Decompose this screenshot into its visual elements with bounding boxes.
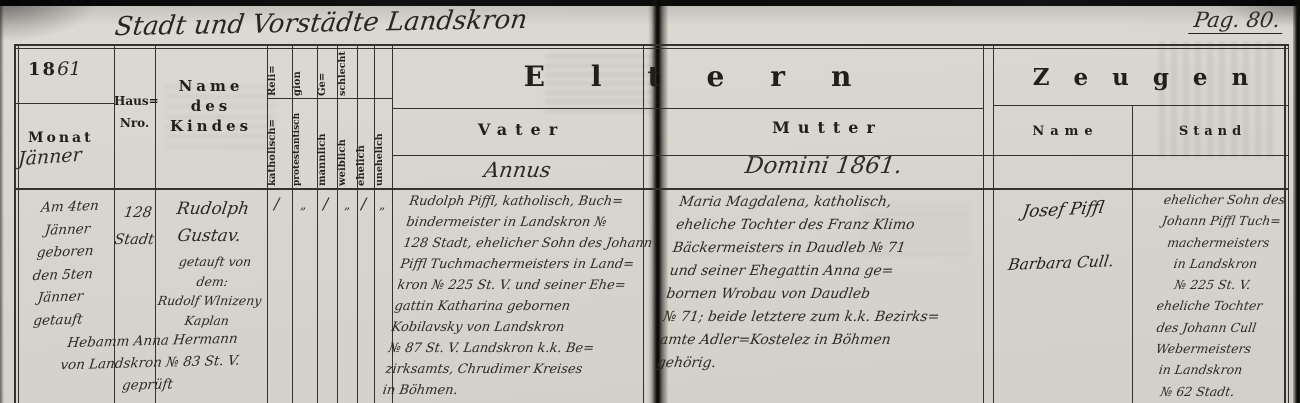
column-rule-sex bbox=[337, 44, 338, 403]
page-title: Stadt und Vorstädte Landskron bbox=[113, 4, 587, 42]
column-rule-strip bbox=[993, 44, 994, 403]
sex-col-maennlich-label: männlich bbox=[318, 100, 336, 186]
parish-register-scan: Stadt und Vorstädte Landskron Pag. 80. 1… bbox=[0, 0, 1300, 403]
religion-col-protestantisch-label: protestantisch bbox=[293, 100, 316, 186]
table-left-rule bbox=[14, 44, 16, 403]
entry-child-name: Rudolph Gustav. bbox=[146, 196, 276, 250]
tick-weiblich: „ bbox=[344, 198, 350, 212]
scan-edge-left bbox=[0, 0, 4, 403]
table-top-rule-inner bbox=[14, 48, 1288, 49]
house-number-label: Haus= Nro. bbox=[114, 90, 155, 134]
month-label: Monat bbox=[28, 130, 94, 146]
page-number: Pag. 80. bbox=[1188, 8, 1286, 34]
year-printed: 18 bbox=[28, 59, 57, 80]
legitimacy-col-ehelich-label: ehelich bbox=[357, 100, 373, 186]
tick-ehelich: / bbox=[361, 194, 366, 213]
column-rule-sex-legit bbox=[357, 44, 358, 403]
entry-witness-stand-text: ehelicher Sohn des Johann Piffl Tuch= ma… bbox=[1121, 189, 1300, 402]
sex-col-weiblich-label: weiblich bbox=[338, 100, 356, 186]
witness-name-label: Name bbox=[993, 124, 1132, 139]
religion-group-label-part1: Reli= bbox=[268, 50, 291, 96]
month-handwritten: Jänner bbox=[18, 144, 82, 171]
entry-father-text: Rudolph Piffl, katholisch, Buch= binderm… bbox=[381, 191, 667, 401]
column-rule-legit bbox=[374, 44, 375, 403]
entry-witness-name-2: Barbara Cull. bbox=[993, 252, 1129, 275]
parents-header-rule bbox=[392, 108, 983, 109]
child-name-label-text: Name des Kindes bbox=[170, 76, 252, 136]
father-label: Vater bbox=[392, 120, 643, 139]
table-top-rule bbox=[14, 44, 1288, 46]
witness-stand-label: Stand bbox=[1132, 124, 1288, 139]
tick-maennlich: / bbox=[323, 194, 328, 213]
record-top-rule bbox=[14, 188, 1288, 190]
annus-script: Annus bbox=[390, 158, 644, 182]
entry-midwife-note: Hebamm Anna Hermann von Landskron № 83 S… bbox=[12, 326, 287, 399]
bleed-through-smudge bbox=[1160, 42, 1280, 157]
child-name-label-line1: Name des Kindes bbox=[155, 76, 267, 136]
sex-group-label-part2: schlecht bbox=[338, 50, 356, 96]
entry-witness-name-1: Josef Piffl bbox=[996, 197, 1129, 224]
domini-script: Domini 1861. bbox=[662, 153, 985, 179]
witnesses-header-rule bbox=[993, 105, 1288, 106]
year-cell-rule bbox=[14, 103, 114, 104]
legitimacy-col-unehelich-label: unehelich bbox=[375, 100, 391, 186]
child-name-label: Name des Kindes bbox=[155, 76, 267, 136]
religion-group-label-part2: gion bbox=[293, 50, 316, 96]
mother-label: Mutter bbox=[664, 118, 983, 137]
parents-section-label: Eltern bbox=[392, 60, 983, 93]
year-cell: 1861 bbox=[28, 58, 81, 80]
entry-date-note: Am 4ten Jänner geboren den 5ten Jänner g… bbox=[9, 194, 119, 333]
year-handwritten: 61 bbox=[57, 58, 81, 80]
sex-group-label-part1: Ge= bbox=[318, 50, 336, 96]
tick-unehelich: „ bbox=[379, 198, 385, 212]
entry-mother-text: Maria Magdalena, katholisch, eheliche To… bbox=[655, 191, 987, 375]
column-rule-mother-right bbox=[983, 44, 984, 403]
tick-protestantisch: „ bbox=[300, 198, 306, 212]
column-rule-religion bbox=[292, 44, 293, 403]
witnesses-section-label: Zeugen bbox=[993, 64, 1288, 91]
column-rule-religion-sex bbox=[317, 44, 318, 403]
tick-katholisch: / bbox=[274, 194, 279, 213]
religion-col-katholisch-label: katholisch= bbox=[268, 100, 291, 186]
entry-baptizer-note: getauft von dem: Rudolf Wlnizeny Kaplan bbox=[139, 252, 284, 330]
